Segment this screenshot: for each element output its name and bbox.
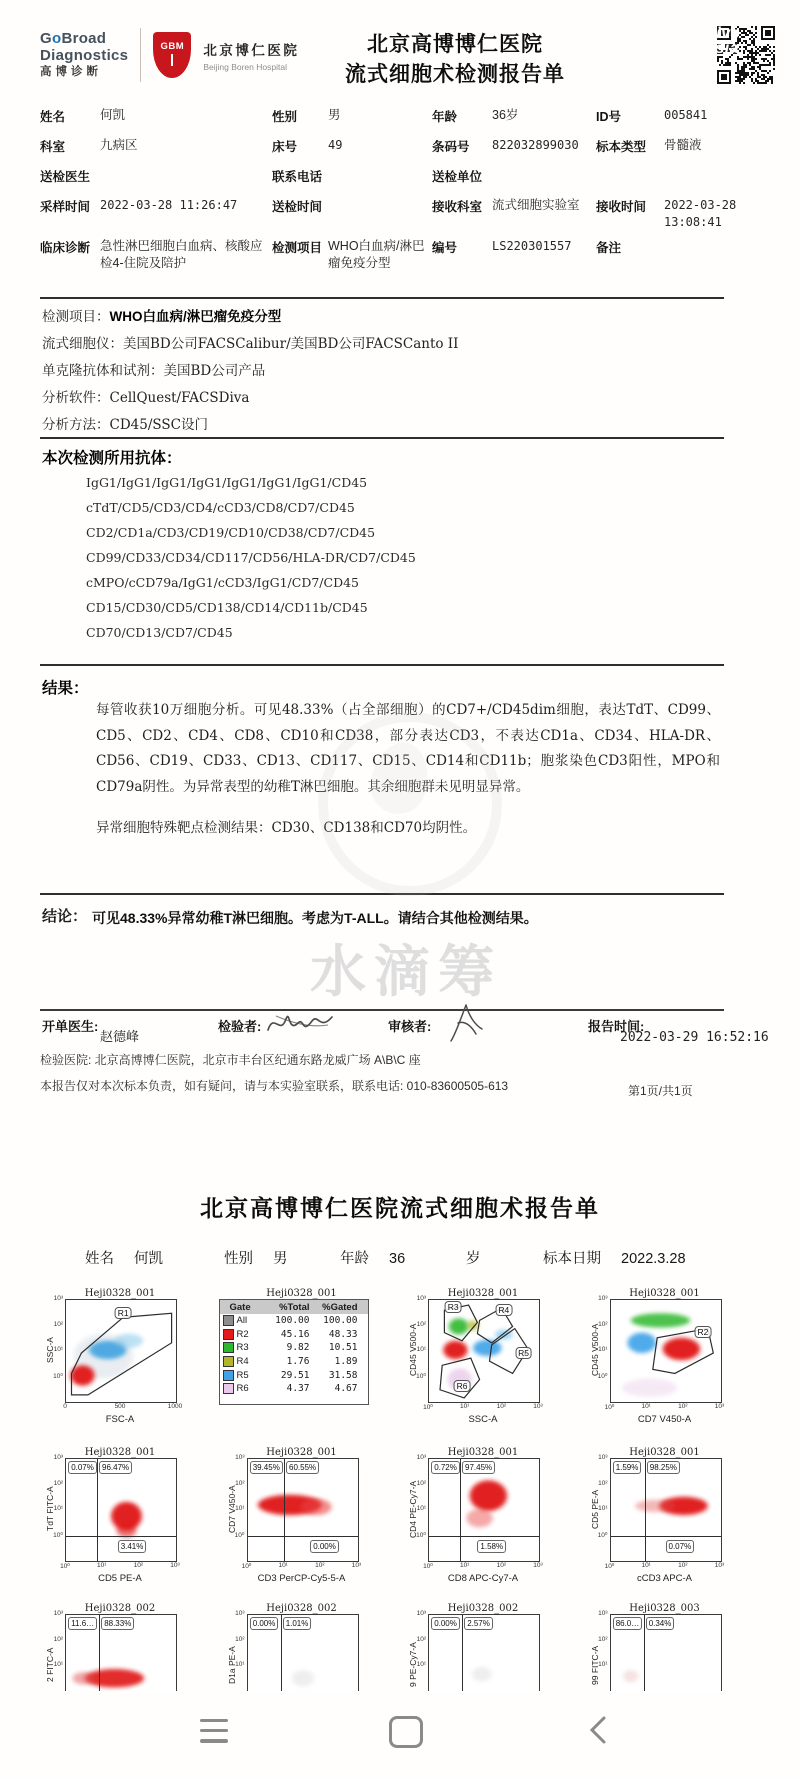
gbm-shield-icon: GBM (153, 32, 191, 78)
gate-table-header: Gate%Total%Gated (220, 1300, 368, 1314)
quadrant-percentage: 0.07% (666, 1540, 695, 1553)
quadrant-hline (66, 1536, 176, 1537)
page2-field: 姓名何凯 (85, 1247, 163, 1268)
y-axis-tick: 10³ (412, 1454, 426, 1461)
patient-field-label: 送检时间 (272, 190, 324, 231)
x-axis-label: CD7 V450-A (605, 1414, 725, 1425)
patient-field-label: 标本类型 (596, 130, 660, 160)
patient-field-value (328, 190, 428, 231)
report-time-value: 2022-03-29 16:52:16 (620, 1030, 769, 1045)
scatter-cluster (662, 1338, 699, 1360)
quadrant-percentage: 97.45% (462, 1461, 495, 1474)
page2-field-value: 36 (389, 1251, 405, 1267)
flow-plot: Heji0328_001SSC-A10³10²10¹10⁰R105001000F… (37, 1284, 219, 1443)
gate-percent-gated: 10.51 (314, 1342, 362, 1353)
patient-field-value (664, 160, 796, 190)
flow-plot: Heji0328_00399 FITC-A10³10²10¹86.0…0.34% (582, 1599, 764, 1691)
y-axis-tick: 10¹ (412, 1661, 426, 1668)
x-axis-tick: 10² (309, 1562, 331, 1569)
page2-title: 北京高博博仁医院流式细胞术报告单 (0, 1190, 800, 1223)
gobroad-logo: GoBroad Diagnostics 高博诊断 (40, 31, 128, 79)
gate-label: R6 (454, 1380, 471, 1392)
gate-percent-total: 45.16 (264, 1329, 314, 1340)
quadrant-percentage: 88.33% (101, 1617, 134, 1630)
page2-field-value: 2022.3.28 (621, 1251, 686, 1267)
patient-field-label: 检测项目 (272, 231, 324, 273)
giveasia-watermark-line: asia (706, 41, 740, 56)
plot-area: 0.72%97.45%1.58% (428, 1458, 540, 1562)
x-axis-tick: 10² (490, 1562, 512, 1569)
patient-field-value (328, 160, 428, 190)
tester-label: 检验者: (218, 1016, 261, 1035)
quadrant-hline (429, 1536, 539, 1537)
patient-field-value: 2022-03-28 11:26:47 (100, 190, 268, 231)
flow-plot: Heji0328_0029 PE-Cy7-A10³10²10¹0.00%2.57… (400, 1599, 582, 1691)
x-axis-tick: 10¹ (272, 1562, 294, 1569)
quadrant-percentage: 1.59% (613, 1461, 642, 1474)
quadrant-vline (284, 1459, 285, 1561)
y-axis-tick: 10⁰ (49, 1372, 63, 1380)
gate-name: All (237, 1315, 264, 1326)
gate-percent-total: 1.76 (264, 1356, 314, 1367)
scatter-cluster (449, 1318, 469, 1334)
test-info-line: 检测项目：WHO白血病/淋巴瘤免疫分型 (42, 303, 458, 330)
scatter-cluster (622, 1379, 677, 1397)
x-axis-tick: 10⁰ (417, 1562, 439, 1570)
patient-field-label: 送检单位 (432, 160, 488, 190)
menu-icon (200, 1739, 228, 1742)
conclusion-text: 可见48.33%异常幼稚T淋巴细胞。考虑为T-ALL。请结合其他检测结果。 (92, 908, 732, 928)
y-axis-tick: 10¹ (594, 1505, 608, 1512)
patient-field-label: 科室 (40, 130, 96, 160)
plot-title: Heji0328_001 (420, 1447, 546, 1458)
quadrant-percentage: 0.00% (310, 1540, 339, 1553)
test-info-label: 分析软件： (42, 390, 110, 406)
y-axis-tick: 10³ (412, 1610, 426, 1617)
gate-table-col-header: %Gated (314, 1302, 362, 1313)
x-axis-tick: 10⁰ (417, 1403, 439, 1411)
plot-area: R3R4R5R6 (428, 1299, 540, 1403)
y-axis-tick: 10¹ (49, 1661, 63, 1668)
test-info-line: 流式细胞仪：美国BD公司FACSCalibur/美国BD公司FACSCanto … (42, 330, 458, 357)
flow-plot: Heji0328_002D1a PE-A10³10²10¹0.00%1.01% (219, 1599, 401, 1691)
test-info-label: 检测项目： (42, 309, 110, 325)
y-axis-tick: 10³ (231, 1454, 245, 1461)
x-axis-tick: 10² (127, 1562, 149, 1569)
patient-field-value: 何凯 (100, 100, 268, 130)
tester-signature (264, 1006, 338, 1042)
flow-plot: Heji0328_0022 FITC-A10³10²10¹11.6…88.33% (37, 1599, 219, 1691)
gate-label: R1 (115, 1307, 132, 1319)
y-axis-tick: 10² (49, 1480, 63, 1487)
gate-percent-gated: 48.33 (314, 1329, 362, 1340)
quadrant-vline (644, 1615, 645, 1691)
patient-field-label: 联系电话 (272, 160, 324, 190)
gate-table-row: R39.8210.51 (220, 1341, 368, 1355)
y-axis-label: 9 PE-Cy7-A (408, 1614, 419, 1691)
antibody-line: CD99/CD33/CD34/CD117/CD56/HLA-DR/CD7/CD4… (86, 545, 416, 570)
test-info-label: 分析方法： (42, 417, 110, 433)
y-axis-tick: 10³ (594, 1295, 608, 1302)
test-info-line: 分析软件：CellQuest/FACSDiva (42, 384, 458, 411)
test-info-line: 单克隆抗体和试剂：美国BD公司产品 (42, 357, 458, 384)
hospital-name-en: Beijing Boren Hospital (203, 62, 299, 72)
gate-table-row: R529.5131.58 (220, 1368, 368, 1382)
y-axis-tick: 10³ (412, 1295, 426, 1302)
y-axis-tick: 10¹ (49, 1346, 63, 1353)
test-info-label: 流式细胞仪： (42, 336, 123, 352)
flow-plot: Heji0328_001CD7 V450-A10³10²10¹10⁰39.45%… (219, 1443, 401, 1599)
antibody-line: CD70/CD13/CD7/CD45 (86, 620, 416, 645)
patient-field-label: 接收科室 (432, 190, 488, 231)
plot-area: R2 (610, 1299, 722, 1403)
plot-title: Heji0328_001 (57, 1288, 183, 1299)
plot-title: Heji0328_001 (602, 1288, 728, 1299)
quadrant-vline (281, 1615, 282, 1691)
x-axis-tick: 500 (109, 1403, 131, 1410)
gate-color-swatch (223, 1383, 234, 1394)
quadrant-percentage: 0.00% (250, 1617, 279, 1630)
quadrant-percentage: 1.58% (477, 1540, 506, 1553)
patient-field-label: 备注 (596, 231, 660, 273)
quadrant-percentage: 60.55% (286, 1461, 319, 1474)
shuidichou-watermark-text: 水滴筹 (310, 928, 502, 1008)
brand-text: Broad (61, 30, 106, 47)
report-title: 北京高博博仁医院 流式细胞术检测报告单 (290, 30, 620, 90)
section-divider (40, 297, 724, 299)
menu-button[interactable] (200, 1719, 228, 1750)
page2-field-label: 姓名 (85, 1251, 114, 1267)
quadrant-percentage: 0.00% (431, 1617, 460, 1630)
gate-percent-total: 4.37 (264, 1383, 314, 1394)
scatter-cluster (443, 1341, 467, 1359)
page2-field: 年龄36 (340, 1247, 405, 1268)
y-axis-tick: 10³ (49, 1454, 63, 1461)
y-axis-tick: 10³ (231, 1610, 245, 1617)
quadrant-percentage: 3.41% (118, 1540, 147, 1553)
x-axis-tick: 10⁰ (236, 1562, 258, 1570)
antibody-line: CD15/CD30/CD5/CD138/CD14/CD11b/CD45 (86, 595, 416, 620)
patient-field-label: 临床诊断 (40, 231, 96, 273)
patient-field-value (664, 231, 796, 273)
test-info-line: 分析方法：CD45/SSC设门 (42, 411, 458, 438)
y-axis-tick: 10⁰ (49, 1531, 63, 1539)
menu-icon (200, 1729, 228, 1732)
gate-name: R3 (237, 1342, 264, 1353)
x-axis-tick: 10³ (164, 1562, 186, 1569)
gate-table-row: R64.374.67 (220, 1382, 368, 1396)
back-icon (592, 1718, 604, 1742)
patient-field-label (596, 160, 660, 190)
y-axis-label: 2 FITC-A (45, 1614, 56, 1691)
gate-color-swatch (223, 1370, 234, 1381)
page2-field-label: 年龄 (340, 1251, 369, 1267)
y-axis-tick: 10² (49, 1321, 63, 1328)
patient-field-value: 005841 (664, 100, 796, 130)
y-axis-tick: 10³ (49, 1610, 63, 1617)
back-button[interactable] (588, 1716, 608, 1744)
plot-area: 0.07%96.47%3.41% (65, 1458, 177, 1562)
y-axis-tick: 10² (231, 1636, 245, 1643)
scatter-cluster (472, 1667, 492, 1681)
gate-label: R2 (694, 1326, 711, 1338)
brand-logo: GoBroad Diagnostics 高博诊断 GBM 北京博仁医院 Beij… (40, 28, 299, 82)
gate-label: R3 (445, 1301, 462, 1313)
patient-field-label: 采样时间 (40, 190, 96, 231)
gate-percent-gated: 100.00 (314, 1315, 362, 1326)
reviewer-label: 审核者: (388, 1016, 431, 1035)
hospital-name-cn: 北京博仁医院 (203, 39, 299, 59)
y-axis-tick: 10⁰ (412, 1531, 426, 1539)
flow-plot: Heji0328_001CD5 PE-A10³10²10¹10⁰1.59%98.… (582, 1443, 764, 1599)
x-axis-label: CD3 PerCP-Cy5-5-A (242, 1573, 362, 1584)
gate-label: R5 (515, 1347, 532, 1359)
x-axis-tick: 10¹ (635, 1403, 657, 1410)
y-axis-tick: 10¹ (231, 1505, 245, 1512)
quadrant-percentage: 1.01% (283, 1617, 312, 1630)
patient-field-label: 年龄 (432, 100, 488, 130)
x-axis-tick: 10¹ (454, 1403, 476, 1410)
quadrant-vline (97, 1459, 98, 1561)
antibody-line: IgG1/IgG1/IgG1/IgG1/IgG1/IgG1/IgG1/CD45 (86, 470, 416, 495)
x-axis-tick: 10⁰ (54, 1562, 76, 1570)
scatter-cluster (470, 1480, 507, 1511)
quadrant-hline (248, 1536, 358, 1537)
report-screen: GoBroad Diagnostics 高博诊断 GBM 北京博仁医院 Beij… (0, 0, 800, 1778)
page-number: 第1页/共1页 (628, 1082, 693, 1099)
x-axis-label: SSC-A (423, 1414, 543, 1425)
plot-area: R1 (65, 1299, 177, 1403)
scatter-cluster (623, 1670, 638, 1682)
plots-grid: Heji0328_001SSC-A10³10²10¹10⁰R105001000F… (37, 1284, 765, 1691)
scatter-cluster (114, 1334, 143, 1348)
gate-name: R4 (237, 1356, 264, 1367)
y-axis-tick: 10¹ (412, 1505, 426, 1512)
patient-field-label: 性别 (272, 100, 324, 130)
patient-field-label: 姓名 (40, 100, 96, 130)
quadrant-percentage: 0.72% (431, 1461, 460, 1474)
gate-percent-total: 29.51 (264, 1370, 314, 1381)
y-axis-tick: 10² (412, 1321, 426, 1328)
scatter-cluster (73, 1672, 95, 1684)
antibody-line: CD2/CD1a/CD3/CD19/CD10/CD38/CD7/CD45 (86, 520, 416, 545)
plot-title: Heji0328_002 (239, 1603, 365, 1614)
scatter-cluster (630, 1313, 689, 1327)
x-axis-tick: 0 (54, 1403, 76, 1410)
test-info-list: 检测项目：WHO白血病/淋巴瘤免疫分型流式细胞仪：美国BD公司FACSCalib… (42, 303, 458, 438)
ordering-doctor-label: 开单医生: (42, 1016, 98, 1035)
patient-field-label: 接收时间 (596, 190, 660, 231)
signature-divider (40, 1009, 724, 1011)
patient-field-value: 急性淋巴细胞白血病、核酸应检4-住院及陪护 (100, 231, 268, 273)
gate-percent-gated: 4.67 (314, 1383, 362, 1394)
y-axis-tick: 10⁰ (231, 1531, 245, 1539)
gate-table-row: R245.1648.33 (220, 1328, 368, 1342)
flow-plot: Heji0328_001TdT FITC-A10³10²10¹10⁰0.07%9… (37, 1443, 219, 1599)
scatter-cluster (473, 1340, 502, 1356)
antibody-section-heading: 本次检测所用抗体： (42, 446, 182, 468)
scatter-cluster (627, 1333, 656, 1353)
page2-field-label: 岁 (466, 1251, 481, 1267)
quadrant-vline (645, 1459, 646, 1561)
test-info-value: CellQuest/FACSDiva (110, 390, 250, 406)
reviewer-signature (442, 1002, 490, 1044)
giveasia-watermark: give asia (706, 26, 740, 56)
y-axis-tick: 10² (49, 1636, 63, 1643)
quadrant-vline (462, 1615, 463, 1691)
gate-label: R4 (495, 1304, 512, 1316)
ordering-doctor-name: 赵德峰 (100, 1026, 139, 1045)
patient-field-value: 男 (328, 100, 428, 130)
patient-field-value: 流式细胞实验室 (492, 190, 592, 231)
x-axis-tick: 10³ (709, 1403, 731, 1410)
y-axis-tick: 10⁰ (412, 1372, 426, 1380)
disclaimer-line: 本报告仅对本次标本负责，如有疑问，请与本实验室联系，联系电话: 010-8360… (40, 1077, 508, 1094)
y-axis-tick: 10¹ (412, 1346, 426, 1353)
plot-area: 0.00%1.01% (247, 1614, 359, 1691)
quadrant-percentage: 96.47% (99, 1461, 132, 1474)
x-axis-tick: 10³ (527, 1403, 549, 1410)
page2-field: 性别男 (224, 1247, 288, 1268)
scatter-cluster (635, 1500, 675, 1512)
scatter-cluster (466, 1509, 492, 1527)
quadrant-vline (460, 1459, 461, 1561)
plot-title: Heji0328_002 (420, 1603, 546, 1614)
gate-table-row: All100.00100.00 (220, 1314, 368, 1328)
quadrant-percentage: 98.25% (647, 1461, 680, 1474)
patient-field-value: 822032899030 (492, 130, 592, 160)
plot-area: 1.59%98.25%0.07% (610, 1458, 722, 1562)
plot-title: Heji0328_001 (239, 1447, 365, 1458)
y-axis-tick: 10¹ (594, 1346, 608, 1353)
y-axis-tick: 10² (594, 1321, 608, 1328)
patient-field-value: 2022-03-28 13:08:41 (664, 190, 796, 231)
scatter-cluster (292, 1670, 314, 1686)
page2-field-label: 标本日期 (543, 1251, 601, 1267)
y-axis-label: 99 FITC-A (590, 1614, 601, 1691)
antibody-list: IgG1/IgG1/IgG1/IgG1/IgG1/IgG1/IgG1/CD45c… (86, 470, 416, 645)
patient-field-label: 床号 (272, 130, 324, 160)
x-axis-label: CD5 PE-A (60, 1573, 180, 1584)
y-axis-tick: 10² (231, 1480, 245, 1487)
y-axis-tick: 10² (594, 1480, 608, 1487)
conclusion-label: 结论： (42, 905, 87, 926)
gate-percent-total: 9.82 (264, 1342, 314, 1353)
quadrant-percentage: 0.34% (646, 1617, 675, 1630)
section-divider (40, 893, 724, 895)
y-axis-tick: 10¹ (594, 1661, 608, 1668)
x-axis-tick: 10¹ (454, 1562, 476, 1569)
patient-field-value: 九病区 (100, 130, 268, 160)
x-axis-tick: 10³ (527, 1562, 549, 1569)
gate-percent-gated: 31.58 (314, 1370, 362, 1381)
plot-title: Heji0328_001 (420, 1288, 546, 1299)
section-divider (40, 437, 724, 439)
y-axis-tick: 10⁰ (594, 1372, 608, 1380)
patient-field-value: LS220301557 (492, 231, 592, 273)
quadrant-hline (611, 1536, 721, 1537)
x-axis-tick: 10² (672, 1562, 694, 1569)
gate-color-swatch (223, 1315, 234, 1326)
gate-color-swatch (223, 1329, 234, 1340)
plot-title: Heji0328_001 (239, 1288, 365, 1299)
gate-table: Gate%Total%GatedAll100.00100.00R245.1648… (219, 1299, 369, 1405)
report-title-line1: 北京高博博仁医院 (290, 30, 620, 60)
quadrant-percentage: 0.07% (68, 1461, 97, 1474)
x-axis-tick: 10¹ (635, 1562, 657, 1569)
results-heading: 结果： (42, 676, 89, 698)
flow-plot: Heji0328_001CD4 PE-Cy7-A10³10²10¹10⁰0.72… (400, 1443, 582, 1599)
home-button[interactable] (389, 1716, 423, 1748)
section-divider (40, 664, 724, 666)
y-axis-tick: 10² (594, 1636, 608, 1643)
plot-area: 11.6…88.33% (65, 1614, 177, 1691)
x-axis-tick: 10³ (346, 1562, 368, 1569)
patient-field-label: ID号 (596, 100, 660, 130)
giveasia-watermark-line: give (706, 26, 740, 41)
quadrant-percentage: 2.57% (464, 1617, 493, 1630)
x-axis-tick: 10¹ (91, 1562, 113, 1569)
x-axis-tick: 1000 (164, 1403, 186, 1410)
patient-field-value: WHO白血病/淋巴瘤免疫分型 (328, 231, 428, 273)
flow-plot: Heji0328_001CD45 V500-A10³10²10¹10⁰R210⁰… (582, 1284, 764, 1443)
menu-icon (200, 1719, 228, 1722)
x-axis-tick: 10² (490, 1403, 512, 1410)
patient-field-label: 送检医生 (40, 160, 96, 190)
plot-title: Heji0328_003 (602, 1603, 728, 1614)
patient-field-label: 编号 (432, 231, 488, 273)
page2-field-label: 性别 (224, 1251, 253, 1267)
quadrant-percentage: 11.6… (68, 1617, 97, 1630)
patient-info-table: 姓名何凯性别男年龄36岁ID号005841科室九病区床号49条码号8220328… (40, 100, 796, 273)
plot-area: 39.45%60.55%0.00% (247, 1458, 359, 1562)
patient-field-value: 骨髓液 (664, 130, 796, 160)
page2-field-value: 何凯 (134, 1251, 163, 1267)
x-axis-tick: 10² (672, 1403, 694, 1410)
patient-field-value: 36岁 (492, 100, 592, 130)
x-axis-label: CD8 APC-Cy7-A (423, 1573, 543, 1584)
plot-area: 86.0…0.34% (610, 1614, 722, 1691)
gate-table-row: R41.761.89 (220, 1355, 368, 1369)
test-info-value: 美国BD公司FACSCalibur/美国BD公司FACSCanto II (123, 336, 458, 352)
hospital-logo-text: 北京博仁医院 Beijing Boren Hospital (203, 39, 299, 72)
y-axis-tick: 10² (412, 1636, 426, 1643)
test-info-value: 美国BD公司产品 (164, 363, 266, 379)
shield-text: GBM (160, 41, 184, 52)
y-axis-tick: 10³ (594, 1610, 608, 1617)
brand-text: G (40, 30, 52, 47)
page2-field: 标本日期2022.3.28 (543, 1247, 686, 1268)
brand-text: Diagnostics (40, 48, 128, 65)
x-axis-label: FSC-A (60, 1414, 180, 1425)
patient-field-label: 条码号 (432, 130, 488, 160)
lab-address-line: 检验医院: 北京高博博仁医院，北京市丰台区纪通东路龙威广场 A\B\C 座 (40, 1051, 421, 1068)
gate-table-col-header: Gate (220, 1302, 264, 1313)
y-axis-tick: 10¹ (231, 1661, 245, 1668)
brand-text-cn: 高博诊断 (40, 66, 128, 79)
gate-name: R6 (237, 1383, 264, 1394)
antibody-line: cMPO/cCD79a/IgG1/cCD3/IgG1/CD7/CD45 (86, 570, 416, 595)
gate-stats-panel: Heji0328_001Gate%Total%GatedAll100.00100… (219, 1284, 401, 1443)
y-axis-label: D1a PE-A (227, 1614, 238, 1691)
x-axis-tick: 10⁰ (599, 1562, 621, 1570)
x-axis-tick: 10³ (709, 1562, 731, 1569)
y-axis-tick: 10¹ (49, 1505, 63, 1512)
scatter-cluster (300, 1499, 331, 1515)
quadrant-percentage: 86.0… (613, 1617, 643, 1630)
x-axis-label: cCD3 APC-A (605, 1573, 725, 1584)
x-axis-tick: 10⁰ (599, 1403, 621, 1411)
